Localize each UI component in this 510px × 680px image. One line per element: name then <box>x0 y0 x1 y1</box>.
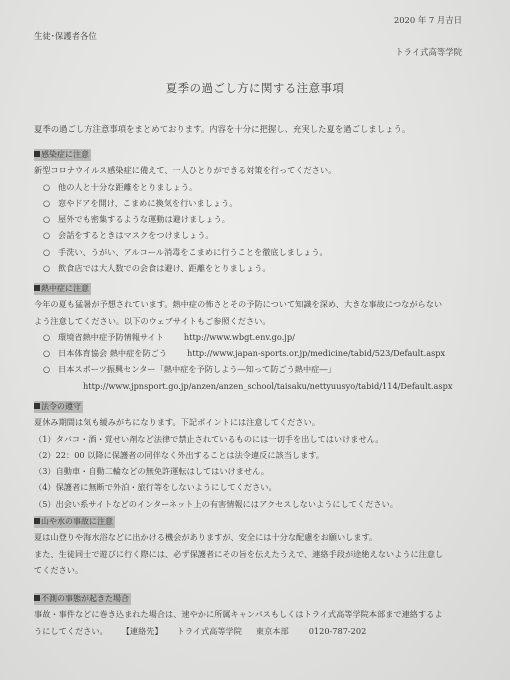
square-bullet-icon <box>34 151 40 157</box>
sender-organization: トライ式高等学院 <box>395 46 462 58</box>
section-heading: 法令の遵守 <box>34 401 83 413</box>
numbered-item: （1）タバコ・酒・覚せい剤など法律で禁止されているものには一切手を出してはいけま… <box>34 431 484 447</box>
contact-office: 東京本部 <box>256 626 289 636</box>
section-heading: 感染症に注意 <box>34 149 91 161</box>
section-infection: 感染症に注意 新型コロナウイルス感染症に備えて、一人ひとりができる対策を行ってく… <box>34 146 484 276</box>
document-title: 夏季の過ごし方に関する注意事項 <box>0 80 510 96</box>
section-lead: 今年の夏も猛暑が予想されています。熱中症の怖さとその予防について知識を深め、大き… <box>34 296 484 312</box>
circle-bullet-icon: ○ <box>43 345 58 361</box>
numbered-item: （2）22：00 以降に保護者の同伴なく外出することは法令違反に該当します。 <box>34 447 484 463</box>
contact-org: トライ式高等学院 <box>177 626 242 636</box>
link-item: ○日本体育協会 熱中症を防ごうhttp://www.japan-sports.o… <box>34 345 484 361</box>
circle-bullet-icon: ○ <box>43 227 58 243</box>
square-bullet-icon <box>34 595 40 601</box>
section-mountain-water: 山や水の事故に注意 夏は山登りや海水浴などに出かける機会がありますが、安全には十… <box>34 513 484 578</box>
section-heatstroke: 熱中症に注意 今年の夏も猛暑が予想されています。熱中症の怖さとその予防について知… <box>34 280 484 394</box>
square-bullet-icon <box>34 285 40 291</box>
section-lead: よう注意してください。以下のウェブサイトもご参照ください。 <box>34 313 484 329</box>
circle-bullet-icon: ○ <box>43 244 58 260</box>
website-url[interactable]: http://www.japan-sports.or.jp/medicine/t… <box>187 348 445 358</box>
list-item: ○窓やドアを開け、こまめに換気を行いましょう。 <box>34 195 484 211</box>
circle-bullet-icon: ○ <box>43 211 58 227</box>
numbered-item: （4）保護者に無断で外泊・旅行等をしないようにしてください。 <box>34 479 484 495</box>
numbered-item: （3）自動車・自動二輪などの無免許運転はしてはいけません。 <box>34 463 484 479</box>
issue-date: 2020 年 7 月吉日 <box>394 14 462 26</box>
contact-label: 【連絡先】 <box>122 626 163 636</box>
circle-bullet-icon: ○ <box>43 179 58 195</box>
list-item: ○手洗い、うがい、アルコール消毒をこまめに行うことを徹底しましょう。 <box>34 244 484 260</box>
square-bullet-icon <box>34 403 40 409</box>
section-lead: てください。 <box>34 562 484 578</box>
section-lead: 夏休み期間は気も緩みがちになります。下記ポイントには注意してください。 <box>34 414 484 430</box>
website-url[interactable]: http://www.wbgt.env.go.jp/ <box>184 332 295 342</box>
website-url[interactable]: http://www.jpnsport.go.jp/anzen/anzen_sc… <box>83 381 452 391</box>
section-heading: 不測の事態が起きた場合 <box>34 593 131 605</box>
link-item: ○環境省熱中症予防情報サイトhttp://www.wbgt.env.go.jp/ <box>34 329 484 345</box>
section-heading: 山や水の事故に注意 <box>34 516 115 528</box>
section-lead: 夏は山登りや海水浴などに出かける機会がありますが、安全には十分な配慮をお願いしま… <box>34 529 484 545</box>
contact-phone[interactable]: 0120-787-202 <box>309 626 367 636</box>
section-lead: 新型コロナウイルス感染症に備えて、一人ひとりができる対策を行ってください。 <box>34 162 484 178</box>
section-emergency: 不測の事態が起きた場合 事故・事件などに巻き込まれた場合は、速やかに所属キャンパ… <box>34 590 484 639</box>
link-item: ○日本スポーツ振興センター「熱中症を予防しよう―知って防ごう熱中症―」 <box>34 361 484 377</box>
section-law-compliance: 法令の遵守 夏休み期間は気も緩みがちになります。下記ポイントには注意してください… <box>34 398 484 512</box>
circle-bullet-icon: ○ <box>43 361 58 377</box>
section-heading: 熱中症に注意 <box>34 283 91 295</box>
circle-bullet-icon: ○ <box>43 260 58 276</box>
circle-bullet-icon: ○ <box>43 329 58 345</box>
contact-line: うにしてください。【連絡先】トライ式高等学院東京本部0120-787-202 <box>34 623 484 639</box>
list-item: ○他の人と十分な距離をとりましょう。 <box>34 179 484 195</box>
document-page: 2020 年 7 月吉日 生徒･保護者各位 トライ式高等学院 夏季の過ごし方に関… <box>0 0 510 680</box>
section-lead: また、生徒同士で遊びに行く際には、必ず保護者にその旨を伝えたうえで、連絡手段が途… <box>34 546 484 562</box>
square-bullet-icon <box>34 518 40 524</box>
numbered-item: （5）出会い系サイトなどのインターネット上の有害情報にはアクセスしないようにして… <box>34 496 484 512</box>
list-item: ○屋外でも密集するような運動は避けましょう。 <box>34 211 484 227</box>
addressee: 生徒･保護者各位 <box>34 30 97 42</box>
list-item: ○会話をするときはマスクをつけましょう。 <box>34 227 484 243</box>
circle-bullet-icon: ○ <box>43 195 58 211</box>
section-lead: 事故・事件などに巻き込まれた場合は、速やかに所属キャンパスもしくはトライ式高等学… <box>34 606 484 622</box>
list-item: ○飲食店では大人数での会食は避け、距離をとりましょう。 <box>34 260 484 276</box>
intro-paragraph: 夏季の過ごし方注意事項をまとめております。内容を十分に把握し、充実した夏を過ごし… <box>34 123 410 135</box>
